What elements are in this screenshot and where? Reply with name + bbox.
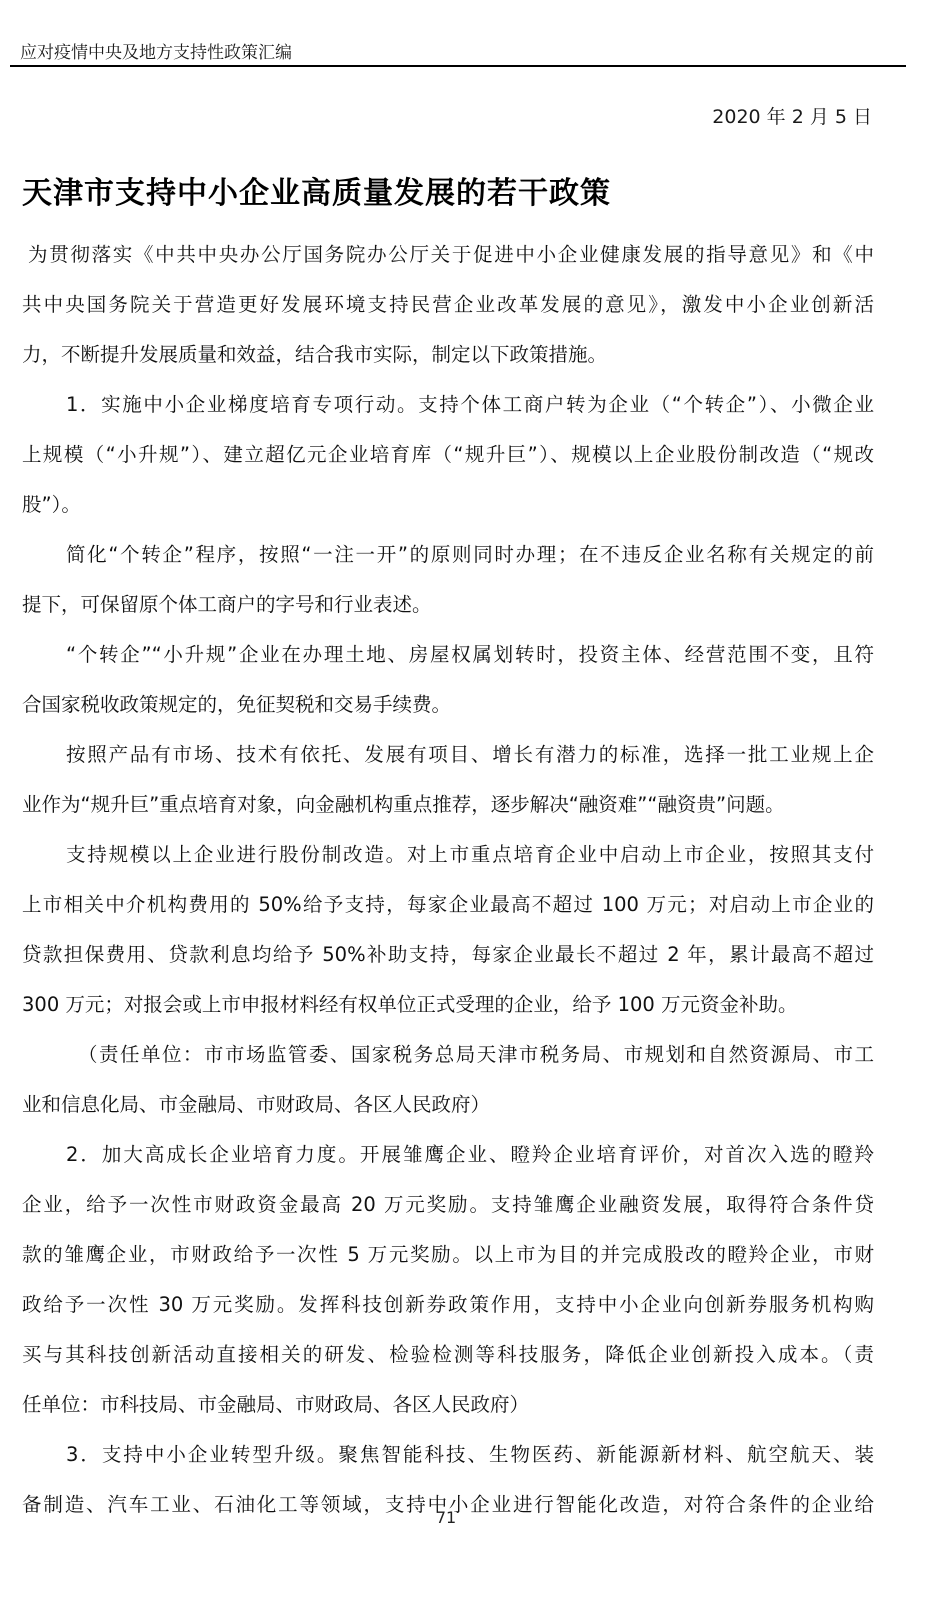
paragraph-shareholding-line-2: 上市相关中介机构费用的 50%给予支持，每家企业最高不超过 100 万元；对启动… bbox=[22, 886, 874, 936]
paragraph-transfer-line-1: “个转企”“小升规”企业在办理土地、房屋权属划转时，投资主体、经营范围不变，且符 bbox=[22, 636, 874, 686]
running-header: 应对疫情中央及地方支持性政策汇编 bbox=[20, 38, 292, 63]
paragraph-cultivation-line-2: 业作为“规升巨”重点培育对象，向金融机构重点推荐，逐步解决“融资难”“融资贵”问… bbox=[22, 786, 874, 836]
intro-line-2: 共中央国务院关于营造更好发展环境支持民营企业改革发展的意见》，激发中小企业创新活 bbox=[22, 286, 874, 336]
document-title: 天津市支持中小企业高质量发展的若干政策 bbox=[22, 168, 611, 212]
header-divider bbox=[10, 65, 906, 67]
section-2-line-4: 政给予一次性 30 万元奖励。发挥科技创新券政策作用，支持中小企业向创新券服务机… bbox=[22, 1286, 874, 1336]
paragraph-cultivation-line-1: 按照产品有市场、技术有依托、发展有项目、增长有潜力的标准，选择一批工业规上企 bbox=[22, 736, 874, 786]
intro-line-3: 力，不断提升发展质量和效益，结合我市实际，制定以下政策措施。 bbox=[22, 336, 874, 386]
paragraph-simplify-line-1: 简化“个转企”程序，按照“一注一开”的原则同时办理；在不违反企业名称有关规定的前 bbox=[22, 536, 874, 586]
document-body: 为贯彻落实《中共中央办公厅国务院办公厅关于促进中小企业健康发展的指导意见》和《中… bbox=[22, 236, 874, 1536]
document-date: 2020 年 2 月 5 日 bbox=[712, 102, 872, 129]
section-2-line-2: 企业，给予一次性市财政资金最高 20 万元奖励。支持雏鹰企业融资发展，取得符合条… bbox=[22, 1186, 874, 1236]
paragraph-shareholding-line-1: 支持规模以上企业进行股份制改造。对上市重点培育企业中启动上市企业，按照其支付 bbox=[22, 836, 874, 886]
responsibility-line-1: （责任单位：市市场监管委、国家税务总局天津市税务局、市规划和自然资源局、市工 bbox=[22, 1036, 874, 1086]
paragraph-simplify-line-2: 提下，可保留原个体工商户的字号和行业表述。 bbox=[22, 586, 874, 636]
section-2-heading-line: 2．加大高成长企业培育力度。开展雏鹰企业、瞪羚企业培育评价，对首次入选的瞪羚 bbox=[22, 1136, 874, 1186]
section-1-heading-line: 1．实施中小企业梯度培育专项行动。支持个体工商户转为企业（“个转企”）、小微企业 bbox=[22, 386, 874, 436]
section-1-line-2: 上规模（“小升规”）、建立超亿元企业培育库（“规升巨”）、规模以上企业股份制改造… bbox=[22, 436, 874, 486]
intro-line-1: 为贯彻落实《中共中央办公厅国务院办公厅关于促进中小企业健康发展的指导意见》和《中 bbox=[22, 236, 874, 286]
section-3-heading-line: 3．支持中小企业转型升级。聚焦智能科技、生物医药、新能源新材料、航空航天、装 bbox=[22, 1436, 874, 1486]
page-number: 71 bbox=[0, 1508, 892, 1527]
paragraph-shareholding-line-4: 300 万元；对报会或上市申报材料经有权单位正式受理的企业，给予 100 万元资… bbox=[22, 986, 874, 1036]
section-2-line-5: 买与其科技创新活动直接相关的研发、检验检测等科技服务，降低企业创新投入成本。（责 bbox=[22, 1336, 874, 1386]
paragraph-transfer-line-2: 合国家税收政策规定的，免征契税和交易手续费。 bbox=[22, 686, 874, 736]
section-2-line-3: 款的雏鹰企业，市财政给予一次性 5 万元奖励。以上市为目的并完成股改的瞪羚企业，… bbox=[22, 1236, 874, 1286]
section-2-line-6: 任单位：市科技局、市金融局、市财政局、各区人民政府） bbox=[22, 1386, 874, 1436]
responsibility-line-2: 业和信息化局、市金融局、市财政局、各区人民政府） bbox=[22, 1086, 874, 1136]
paragraph-shareholding-line-3: 贷款担保费用、贷款利息均给予 50%补助支持，每家企业最长不超过 2 年，累计最… bbox=[22, 936, 874, 986]
section-1-line-3: 股”）。 bbox=[22, 486, 874, 536]
